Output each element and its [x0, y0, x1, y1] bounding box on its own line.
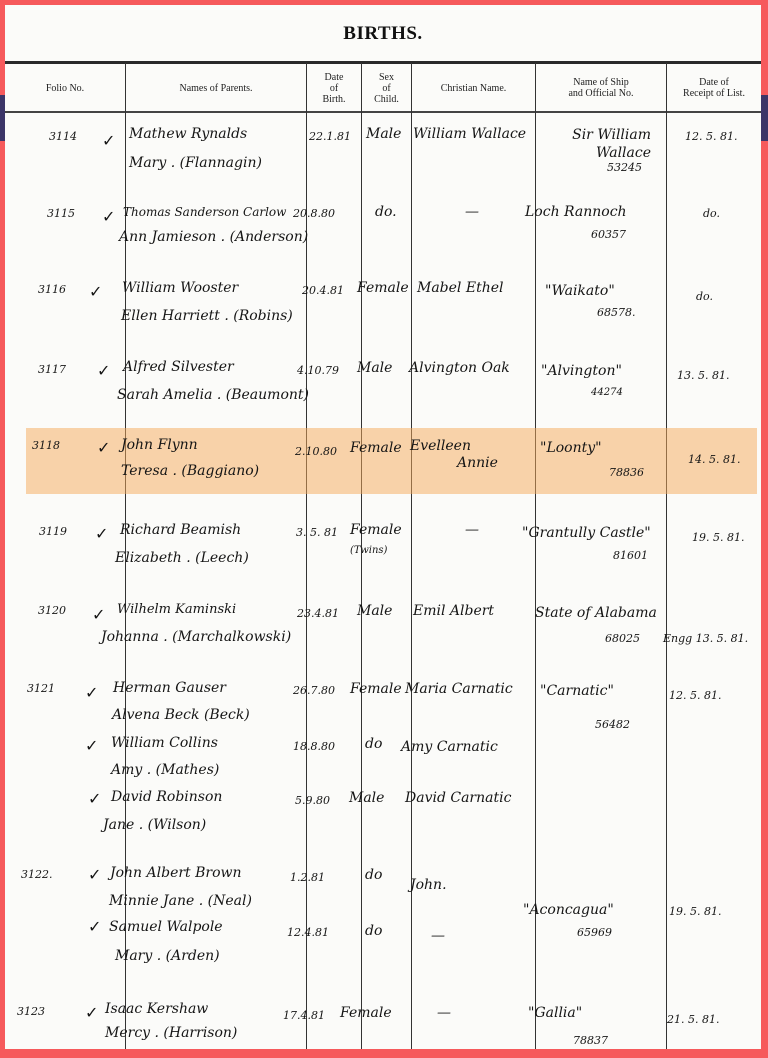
check-mark-icon: ✓ — [102, 207, 115, 226]
column-divider — [411, 63, 412, 1049]
check-mark-icon: ✓ — [97, 438, 110, 457]
header-folio: Folio No. — [5, 67, 125, 109]
header-parents: Names of Parents. — [126, 67, 306, 109]
page-title: BIRTHS. — [5, 23, 761, 45]
header-top-rule — [5, 61, 761, 64]
check-mark-icon: ✓ — [89, 282, 102, 301]
header-sex: Sex of Child. — [362, 67, 411, 109]
check-mark-icon: ✓ — [88, 865, 101, 884]
check-mark-icon: ✓ — [102, 131, 115, 150]
check-mark-icon: ✓ — [95, 524, 108, 543]
column-divider — [666, 63, 667, 1049]
header-christian-name: Christian Name. — [412, 67, 535, 109]
check-mark-icon: ✓ — [85, 683, 98, 702]
check-mark-icon: ✓ — [88, 917, 101, 936]
check-mark-icon: ✓ — [88, 789, 101, 808]
register-page: BIRTHS. Folio No. Names of Parents. Date… — [5, 5, 761, 1049]
check-mark-icon: ✓ — [85, 736, 98, 755]
header-receipt: Date of Receipt of List. — [667, 67, 761, 109]
check-mark-icon: ✓ — [85, 1003, 98, 1022]
check-mark-icon: ✓ — [97, 361, 110, 380]
header-bottom-rule — [5, 111, 761, 113]
check-mark-icon: ✓ — [92, 605, 105, 624]
header-ship: Name of Ship and Official No. — [536, 67, 666, 109]
header-dob: Date of Birth. — [307, 67, 361, 109]
